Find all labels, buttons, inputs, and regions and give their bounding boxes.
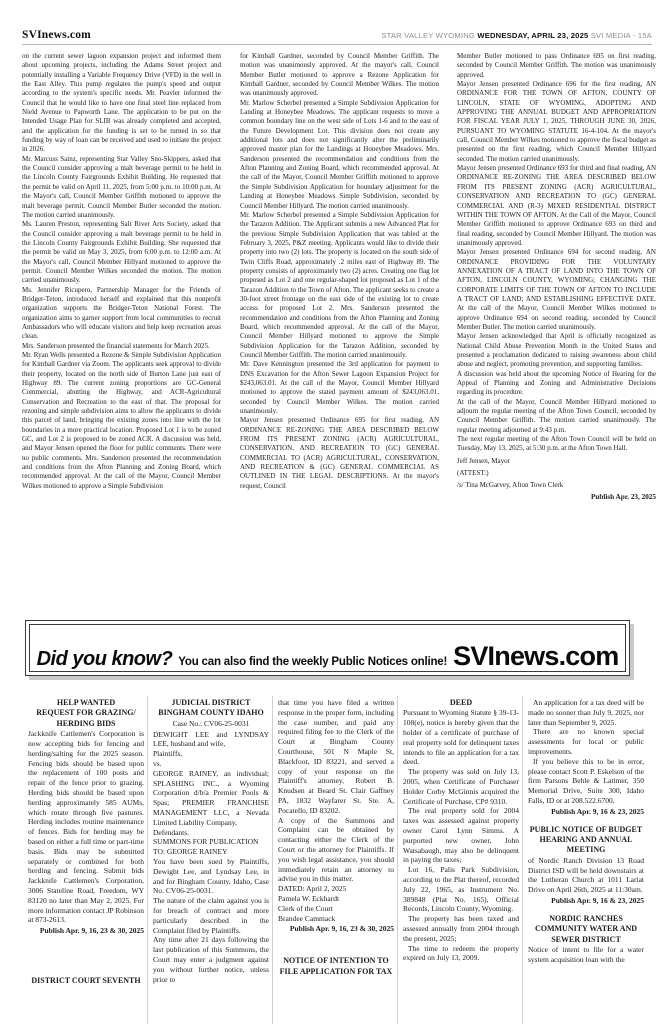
mayor-signature: Jeff Jensen, Mayor — [457, 457, 656, 466]
notice-paragraph: Notice of intent to file for a water sys… — [528, 945, 644, 965]
clerk-title: Clerk of the Court — [278, 904, 394, 914]
minutes-paragraph: on the current sewer lagoon expansion pr… — [22, 52, 221, 155]
notice-paragraph: SUMMONS FOR PUBLICATION — [153, 837, 269, 847]
masthead-date: WEDNESDAY, APRIL 23, 2025 — [477, 31, 588, 40]
attest-line: (ATTEST:) — [457, 469, 656, 478]
minutes-paragraph: Mayor Jensen presented Ordinance 693 for… — [457, 164, 656, 248]
notice-heading: DEED — [403, 698, 519, 708]
clerk-signature: /s/ Tina McGarvey, Afton Town Clerk — [457, 481, 656, 490]
notice-paragraph: If you believe this to be in error, plea… — [528, 757, 644, 806]
minutes-paragraph: Member Butler motioned to pass Ordinance… — [457, 52, 656, 80]
notice-paragraph: There are no known special assessments f… — [528, 727, 644, 756]
column-divider — [397, 696, 398, 1024]
minutes-column-1: on the current sewer lagoon expansion pr… — [22, 52, 221, 491]
notice-paragraph: TO: GEORGE RAINEY — [153, 847, 269, 857]
notice-heading: PUBLIC NOTICE OF BUDGET HEARING AND ANNU… — [528, 825, 644, 856]
masthead: SVInews.com STAR VALLEY WYOMING WEDNESDA… — [22, 29, 652, 45]
minutes-paragraph: Mayor Jensen acknowledged that April is … — [457, 332, 656, 369]
banner-message: You can also find the weekly Public Noti… — [178, 656, 447, 668]
notice-paragraph: An application for a tax deed will be ma… — [528, 698, 644, 727]
notice-paragraph: You have been sued by Plaintiffs, Dewigh… — [153, 857, 269, 896]
notice-paragraph: The real property sold for 2004 taxes wa… — [403, 806, 519, 865]
notice-heading: NORDIC RANCHES COMMUNITY WATER AND SEWER… — [528, 914, 644, 945]
notice-heading: BINGHAM COUNTY IDAHO — [153, 708, 269, 718]
notice-column-1: HELP WANTED REQUEST FOR GRAZING/ HERDING… — [28, 698, 144, 1024]
notice-column-5: An application for a tax deed will be ma… — [528, 698, 644, 1024]
notice-column-3: that time you have filed a written respo… — [278, 698, 394, 1024]
notice-paragraph: that time you have filed a written respo… — [278, 698, 394, 816]
minutes-paragraph: Mayor Jensen presented Ordinance 695 for… — [240, 416, 439, 491]
minutes-paragraph: Ms. Lauren Preston, representing Salt Ri… — [22, 220, 221, 285]
minutes-paragraph: Ms. Jennifer Ricupero, Partnership Manag… — [22, 286, 221, 342]
column-divider — [272, 696, 273, 1024]
notice-paragraph: Plaintiffs, — [153, 749, 269, 759]
notice-heading: JUDICIAL DISTRICT — [153, 698, 269, 708]
minutes-paragraph: A discussion was held about the upcoming… — [457, 370, 656, 398]
minutes-paragraph: Mr. Ryan Wells presented a Rezone & Simp… — [22, 351, 221, 491]
minutes-paragraph: The next regular meeting of the Afton To… — [457, 435, 656, 454]
masthead-location: STAR VALLEY WYOMING — [381, 31, 477, 40]
notice-heading: REQUEST FOR GRAZING/ — [28, 708, 144, 718]
publish-line: Publish Apr. 9, 16, 23 & 30, 2025 — [278, 924, 394, 934]
dated-line: DATED: April 2, 2025 — [278, 884, 394, 894]
minutes-paragraph: Mayor Jensen presented Ordinance 696 for… — [457, 80, 656, 164]
minutes-column-3: Member Butler motioned to pass Ordinance… — [457, 52, 656, 502]
deputy-name: Brandee Cammack — [278, 914, 394, 924]
public-notices-banner: Did you know? You can also find the week… — [25, 620, 630, 676]
notice-paragraph: vs. — [153, 759, 269, 769]
notice-paragraph: Jackknife Cattlemen's Corporation is now… — [28, 729, 144, 925]
notice-paragraph: Defendants. — [153, 828, 269, 838]
notice-paragraph: GEORGE RAINEY, an individual; SPLASHING … — [153, 769, 269, 828]
notice-paragraph: The property was sold on July 13, 2005, … — [403, 767, 519, 806]
newspaper-page: SVInews.com STAR VALLEY WYOMING WEDNESDA… — [0, 0, 663, 1024]
minutes-paragraph: Mr. Marlow Scherbel presented a Simple S… — [240, 99, 439, 211]
case-number: Case No.: CV06-25-0031 — [153, 719, 269, 729]
banner-inner-frame: Did you know? You can also find the week… — [29, 624, 626, 672]
notice-heading: HERDING BIDS — [28, 719, 144, 729]
publish-line: Publish Apr. 9, 16 & 23, 2025 — [528, 807, 644, 817]
minutes-column-2: for Kimball Gardner, seconded by Council… — [240, 52, 439, 491]
masthead-edition: SVI MEDIA - 15A — [588, 31, 652, 40]
notice-heading: DISTRICT COURT SEVENTH — [28, 976, 144, 986]
notice-column-4: DEED Pursuant to Wyoming Statute § 39-13… — [403, 698, 519, 1024]
publish-line: Publish Apr. 9, 16, 23 & 30, 2025 — [28, 926, 144, 936]
masthead-site: SVInews.com — [22, 29, 91, 41]
notice-paragraph: of Nordic Ranch Division 13 Road Distric… — [528, 856, 644, 895]
notice-paragraph: Lot 16, Palis Park Subdivision, accordin… — [403, 865, 519, 914]
notice-heading: HELP WANTED — [28, 698, 144, 708]
minutes-paragraph: Mr. Marcuss Sainz, representing Star Val… — [22, 155, 221, 220]
notice-paragraph: Pursuant to Wyoming Statute § 39-13-108(… — [403, 708, 519, 767]
column-divider — [522, 696, 523, 1024]
minutes-paragraph: Mrs. Sanderson presented the financial s… — [22, 342, 221, 351]
banner-site-url: SVInews.com — [453, 641, 618, 672]
notice-paragraph: The nature of the claim against you is f… — [153, 896, 269, 935]
notice-paragraph: A copy of the Summons and Complaint can … — [278, 816, 394, 885]
minutes-paragraph: Mr. Dave Kennington presented the 3rd ap… — [240, 360, 439, 416]
notice-paragraph: Any time after 21 days following the las… — [153, 935, 269, 984]
minutes-paragraph: Mr. Marlow Scherbel presented a Simple S… — [240, 211, 439, 361]
masthead-dateline: STAR VALLEY WYOMING WEDNESDAY, APRIL 23,… — [381, 31, 652, 40]
notice-paragraph: DEWIGHT LEE and LYNDSAY LEE, husband and… — [153, 730, 269, 750]
notice-heading: NOTICE OF INTENTION TO FILE APPLICATION … — [278, 956, 394, 977]
publish-line: Publish Apr. 9, 16 & 23, 2025 — [528, 896, 644, 906]
minutes-paragraph: Mayor Jensen presented Ordinance 694 for… — [457, 248, 656, 332]
minutes-paragraph: for Kimball Gardner, seconded by Council… — [240, 52, 439, 99]
notice-paragraph: The property has been taxed and assessed… — [403, 914, 519, 943]
publish-line: Publish Apr. 23, 2025 — [457, 493, 656, 502]
banner-lead: Did you know? — [37, 648, 173, 671]
minutes-paragraph: At the call of the Mayor, Council Member… — [457, 398, 656, 435]
column-divider — [147, 696, 148, 1024]
notice-column-2: JUDICIAL DISTRICT BINGHAM COUNTY IDAHO C… — [153, 698, 269, 1024]
notice-paragraph: The time to redeem the property expired … — [403, 944, 519, 964]
clerk-name: Pamela W. Eckhardt — [278, 894, 394, 904]
